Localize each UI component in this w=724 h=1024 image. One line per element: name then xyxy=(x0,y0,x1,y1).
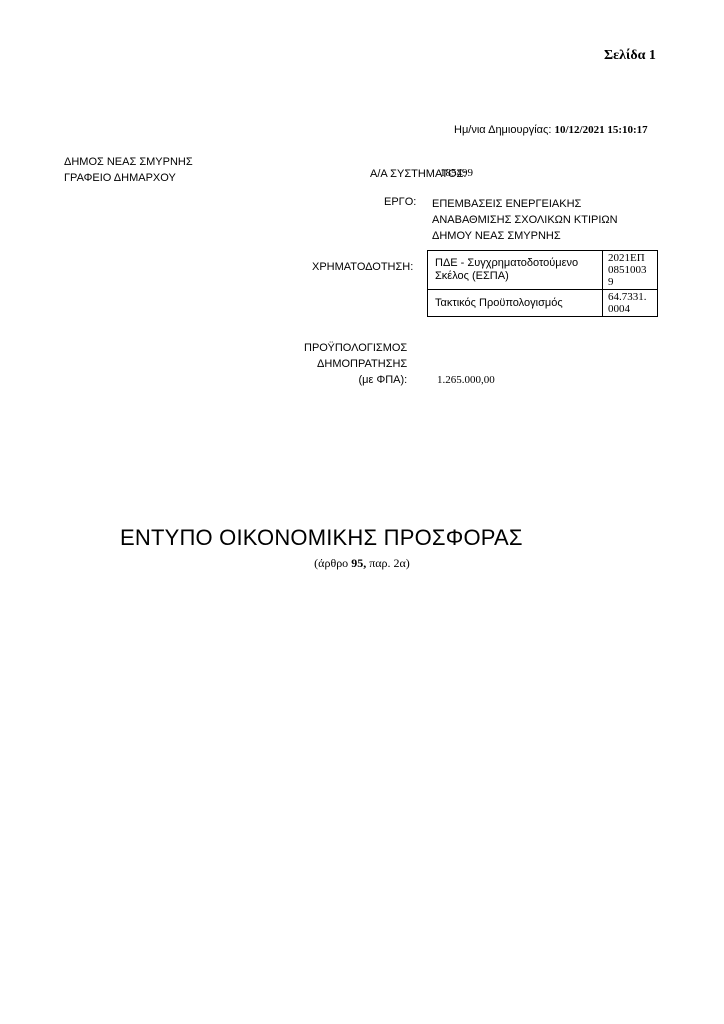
work-title-line: ΔΗΜΟΥ ΝΕΑΣ ΣΜΥΡΝΗΣ xyxy=(432,228,618,244)
work-title: ΕΠΕΜΒΑΣΕΙΣ ΕΝΕΡΓΕΙΑΚΗΣ ΑΝΑΒΑΘΜΙΣΗΣ ΣΧΟΛΙ… xyxy=(432,196,618,244)
funding-code-line: 0004 xyxy=(608,303,652,315)
funding-source-line: Τακτικός Προϋπολογισμός xyxy=(435,297,595,310)
funding-source-line: ΠΔΕ - Συγχρηματοδοτούμενο xyxy=(435,257,595,270)
creation-date: Ημ/νια Δημιουργίας: 10/12/2021 15:10:17 xyxy=(454,124,648,136)
system-id-value: 185499 xyxy=(440,167,473,179)
creation-date-label: Ημ/νια Δημιουργίας: xyxy=(454,124,551,136)
funding-code-line: 64.7331. xyxy=(608,291,652,303)
funding-table: ΠΔΕ - Συγχρηματοδοτούμενο Σκέλος (ΕΣΠΑ) … xyxy=(427,250,658,317)
budget-label-line: ΔΗΜΟΠΡΑΤΗΣΗΣ xyxy=(304,356,407,372)
subtitle-text: (άρθρο xyxy=(314,556,351,570)
funding-source-line: Σκέλος (ΕΣΠΑ) xyxy=(435,270,595,283)
funding-code: 64.7331. 0004 xyxy=(603,290,658,317)
funding-code-line: 9 xyxy=(608,276,652,288)
form-title: ΕΝΤΥΠΟ ΟΙΚΟΝΟΜΙΚΗΣ ΠΡΟΣΦΟΡΑΣ xyxy=(120,525,523,551)
work-title-line: ΑΝΑΒΑΘΜΙΣΗΣ ΣΧΟΛΙΚΩΝ ΚΤΙΡΙΩΝ xyxy=(432,212,618,228)
work-label: ΕΡΓΟ: xyxy=(384,196,416,208)
subtitle-text: παρ. 2α) xyxy=(366,556,410,570)
subtitle-article: 95, xyxy=(351,556,366,570)
funding-source: ΠΔΕ - Συγχρηματοδοτούμενο Σκέλος (ΕΣΠΑ) xyxy=(428,251,603,290)
form-subtitle: (άρθρο 95, παρ. 2α) xyxy=(0,556,724,571)
work-title-line: ΕΠΕΜΒΑΣΕΙΣ ΕΝΕΡΓΕΙΑΚΗΣ xyxy=(432,196,618,212)
creation-date-value: 10/12/2021 15:10:17 xyxy=(554,124,647,136)
budget-label: ΠΡΟΫΠΟΛΟΓΙΣΜΟΣ ΔΗΜΟΠΡΑΤΗΣΗΣ (με ΦΠΑ): xyxy=(304,340,407,388)
funding-code: 2021ΕΠ 0851003 9 xyxy=(603,251,658,290)
funding-code-line: 0851003 xyxy=(608,264,652,276)
page-number: Σελίδα 1 xyxy=(604,48,656,64)
table-row: ΠΔΕ - Συγχρηματοδοτούμενο Σκέλος (ΕΣΠΑ) … xyxy=(428,251,658,290)
budget-label-line: ΠΡΟΫΠΟΛΟΓΙΣΜΟΣ xyxy=(304,340,407,356)
budget-label-line: (με ΦΠΑ): xyxy=(304,372,407,388)
funding-label: ΧΡΗΜΑΤΟΔΟΤΗΣΗ: xyxy=(312,261,413,273)
budget-value: 1.265.000,00 xyxy=(437,374,495,386)
funding-source: Τακτικός Προϋπολογισμός xyxy=(428,290,603,317)
funding-code-line: 2021ΕΠ xyxy=(608,252,652,264)
organization-block: ΔΗΜΟΣ ΝΕΑΣ ΣΜΥΡΝΗΣ ΓΡΑΦΕΙΟ ΔΗΜΑΡΧΟΥ xyxy=(64,154,193,186)
municipality-name: ΔΗΜΟΣ ΝΕΑΣ ΣΜΥΡΝΗΣ xyxy=(64,154,193,170)
office-name: ΓΡΑΦΕΙΟ ΔΗΜΑΡΧΟΥ xyxy=(64,170,193,186)
table-row: Τακτικός Προϋπολογισμός 64.7331. 0004 xyxy=(428,290,658,317)
